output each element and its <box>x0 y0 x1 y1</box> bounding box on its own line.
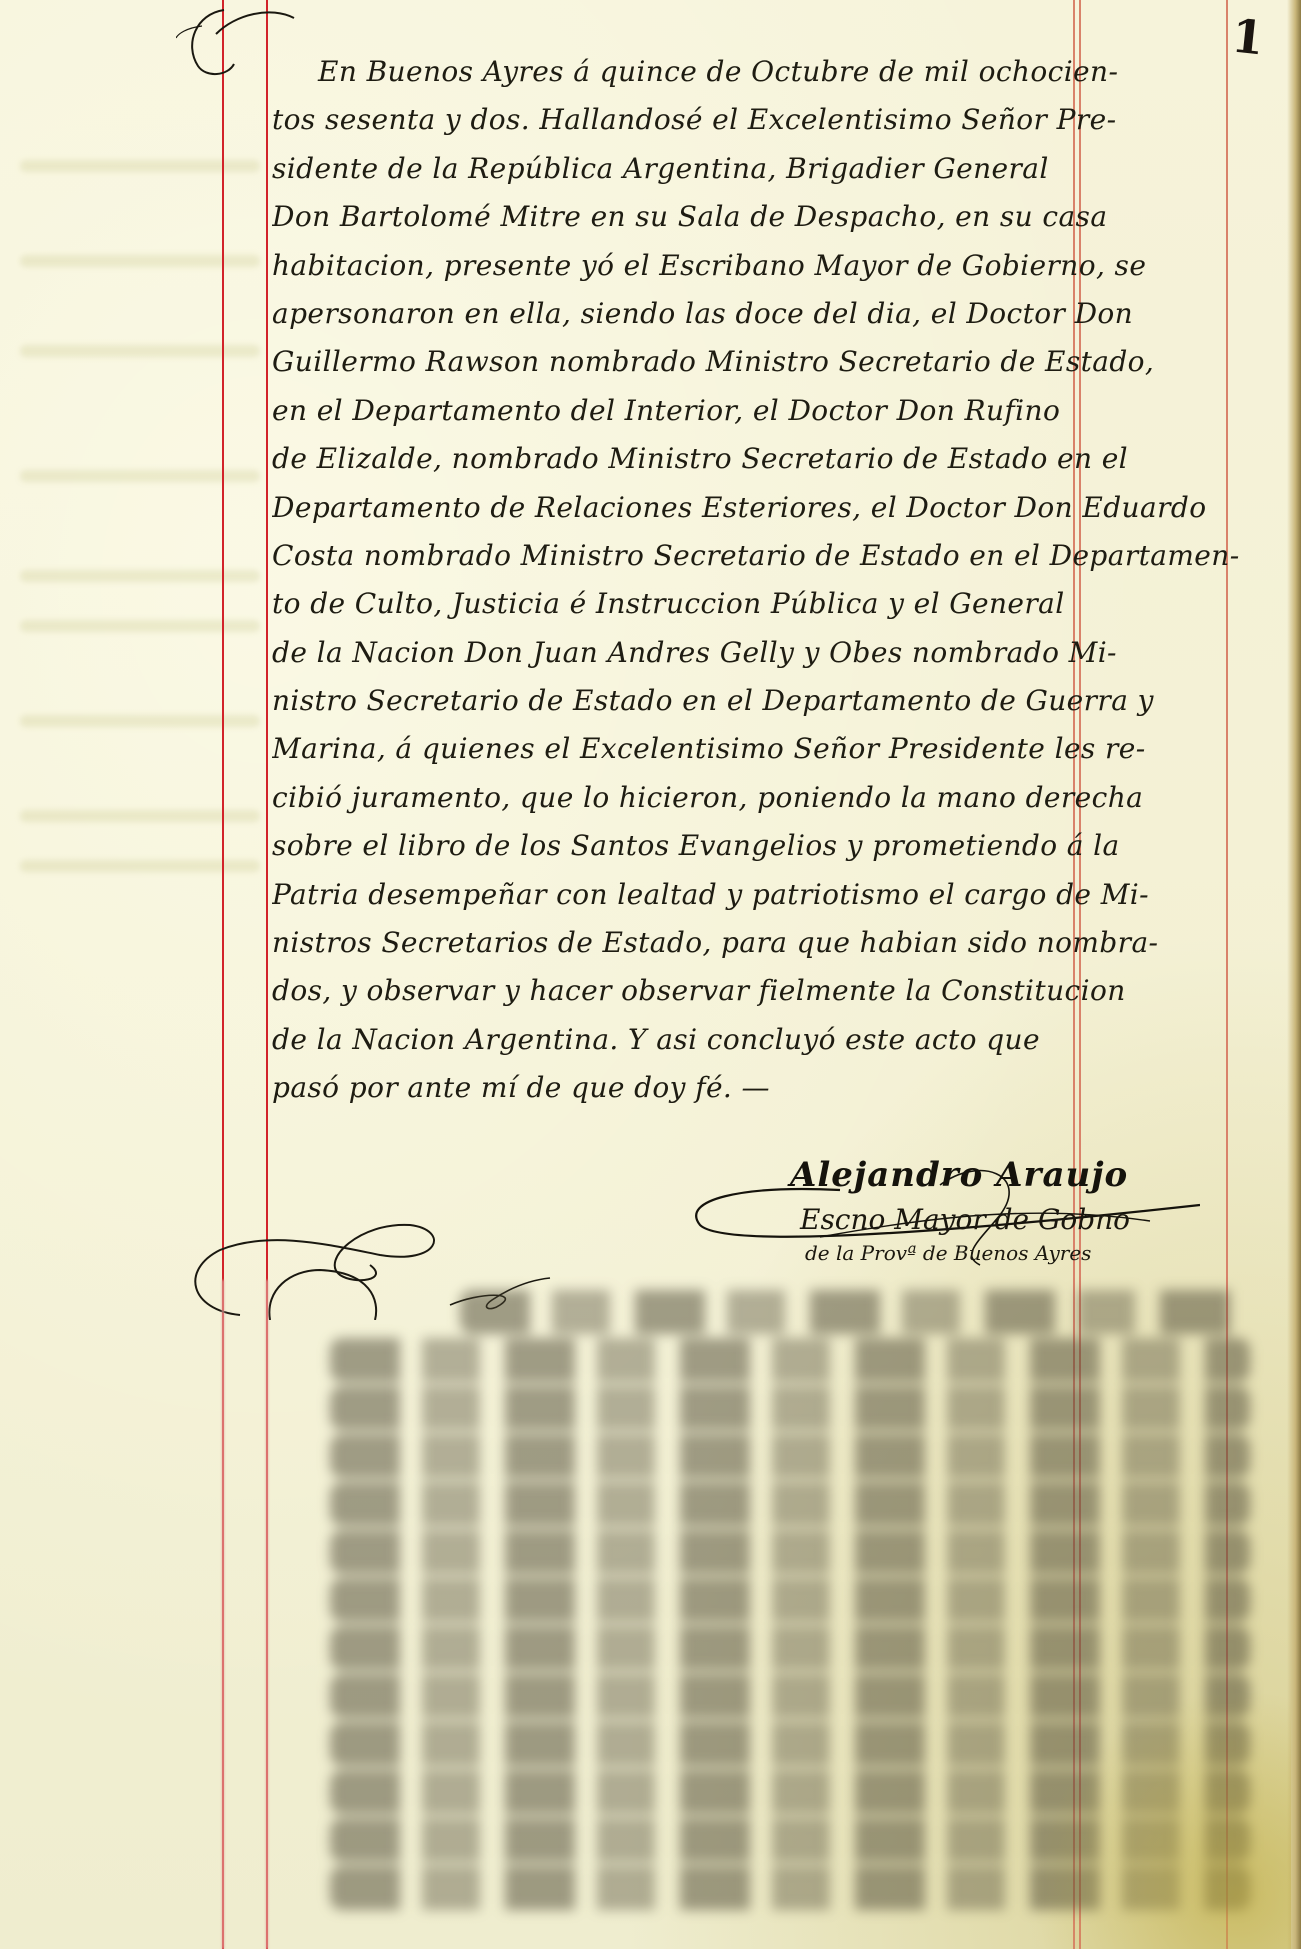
text-line: tos sesenta y dos. Hallandosé el Excelen… <box>272 96 1301 144</box>
text-line: Costa nombrado Ministro Secretario de Es… <box>272 532 1301 580</box>
ink-bleed-through <box>20 470 260 482</box>
signature-name: Alejandro Araujo <box>790 1155 1128 1195</box>
text-line: cibió juramento, que lo hicieron, ponien… <box>272 774 1301 822</box>
text-line: dos, y observar y hacer observar fielmen… <box>272 967 1301 1015</box>
text-line: Don Bartolomé Mitre en su Sala de Despac… <box>272 193 1301 241</box>
ink-bleed-through <box>20 860 260 872</box>
text-line: nistros Secretarios de Estado, para que … <box>272 919 1301 967</box>
text-line: de la Nacion Argentina. Y asi concluyó e… <box>272 1016 1301 1064</box>
text-line: de Elizalde, nombrado Ministro Secretari… <box>272 435 1301 483</box>
notary-signature: Alejandro Araujo Escno Mayor de Gobno de… <box>680 1145 1200 1275</box>
text-line: Patria desempeñar con lealtad y patrioti… <box>272 871 1301 919</box>
ink-bleed-through <box>20 570 260 582</box>
ink-bleed-through <box>20 160 260 172</box>
blurred-line <box>460 1290 1250 1334</box>
text-line: Departamento de Relaciones Esteriores, e… <box>272 484 1301 532</box>
text-line: de la Nacion Don Juan Andres Gelly y Obe… <box>272 629 1301 677</box>
text-line: Guillermo Rawson nombrado Ministro Secre… <box>272 338 1301 386</box>
text-line: to de Culto, Justicia é Instruccion Públ… <box>272 580 1301 628</box>
age-stain <box>1031 1689 1291 1949</box>
blurred-line <box>330 1530 1250 1574</box>
ink-bleed-through <box>20 255 260 267</box>
manuscript-page: 1 En Buenos Ayres á quince de Octubre de… <box>0 0 1301 1949</box>
ink-bleed-through <box>20 620 260 632</box>
text-line: en el Departamento del Interior, el Doct… <box>272 387 1301 435</box>
blurred-line <box>330 1578 1250 1622</box>
manuscript-body: En Buenos Ayres á quince de Octubre de m… <box>272 48 1301 1113</box>
blurred-line <box>330 1626 1250 1670</box>
text-line: En Buenos Ayres á quince de Octubre de m… <box>272 48 1301 96</box>
ink-bleed-through <box>20 810 260 822</box>
signature-title: Escno Mayor de Gobno <box>800 1203 1130 1236</box>
text-line: habitacion, presente yó el Escribano May… <box>272 242 1301 290</box>
text-line: pasó por ante mí de que doy fé. — <box>272 1064 1301 1112</box>
signature-jurisdiction: de la Provª de Buenos Ayres <box>805 1241 1091 1265</box>
text-line: sidente de la República Argentina, Briga… <box>272 145 1301 193</box>
ink-bleed-through <box>20 715 260 727</box>
text-line: Marina, á quienes el Excelentisimo Señor… <box>272 725 1301 773</box>
blurred-line <box>330 1338 1250 1382</box>
blurred-line <box>330 1434 1250 1478</box>
ink-bleed-through <box>20 345 260 357</box>
blurred-line <box>330 1482 1250 1526</box>
text-line: nistro Secretario de Estado en el Depart… <box>272 677 1301 725</box>
text-line: apersonaron en ella, siendo las doce del… <box>272 290 1301 338</box>
text-line: sobre el libro de los Santos Evangelios … <box>272 822 1301 870</box>
blurred-line <box>330 1386 1250 1430</box>
